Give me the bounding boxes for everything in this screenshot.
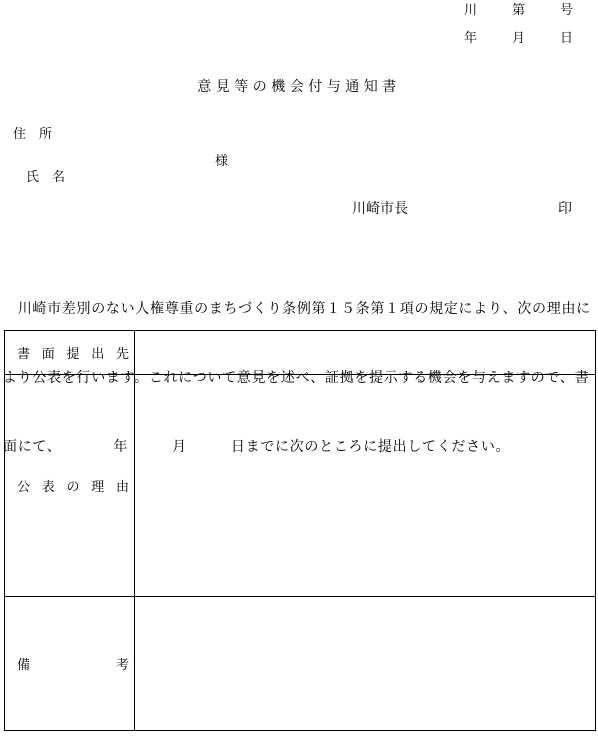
submit-destination-value-cell [135,331,596,375]
submit-destination-label-cell: 書 面 提 出 先 [5,331,135,375]
document-page: 川 第 号 年 月 日 意見等の機会付与通知書 住 所 氏 名 様 川崎市長 印… [0,0,598,736]
address-label: 住 所 [13,126,52,142]
table-row-remarks: 備 考 [5,597,596,731]
seal-mark: 印 [558,202,572,218]
remarks-label-cell: 備 考 [5,597,135,731]
label-char: 考 [116,654,129,673]
table-row-publication-reason: 公 表 の 理 由 [5,375,596,597]
label-char: 公 [17,476,30,495]
document-number-block: 川 第 号 年 月 日 [464,2,573,45]
doc-number-go: 号 [560,2,573,17]
label-char: 先 [116,343,129,362]
document-number-line: 川 第 号 [464,2,573,17]
remarks-label: 備 考 [5,597,134,730]
label-char: 提 [66,343,79,362]
page-title: 意見等の機会付与通知書 [0,79,598,97]
name-label: 氏 名 [26,169,65,184]
label-char: 出 [91,343,104,362]
notice-table: 書 面 提 出 先 公 表 の 理 由 [4,330,596,731]
table-row-submit-destination: 書 面 提 出 先 [5,331,596,375]
label-char: 備 [17,654,30,673]
document-date-line: 年 月 日 [464,30,573,45]
publication-reason-label-cell: 公 表 の 理 由 [5,375,135,597]
mayor-name: 川崎市長 [352,202,408,218]
date-day-label: 日 [560,30,573,45]
remarks-value-cell [135,597,596,731]
label-char: 書 [17,343,30,362]
honorific-sama: 様 [215,153,228,169]
publication-reason-label: 公 表 の 理 由 [5,375,134,596]
date-month-label: 月 [512,30,525,45]
doc-number-dai: 第 [512,2,525,17]
doc-number-prefix: 川 [464,2,477,17]
publication-reason-value-cell [135,375,596,597]
label-char: 表 [42,476,55,495]
body-line-1: 川崎市差別のない人権尊重のまちづくり条例第１５条第１項の規定により、次の理由に [3,298,595,321]
issuer-row: 川崎市長 印 [0,202,598,220]
label-char: 面 [42,343,55,362]
label-char: 由 [116,476,129,495]
date-year-label: 年 [464,30,477,45]
label-char: の [66,476,79,495]
label-char: 理 [91,476,104,495]
submit-destination-label: 書 面 提 出 先 [5,331,134,374]
